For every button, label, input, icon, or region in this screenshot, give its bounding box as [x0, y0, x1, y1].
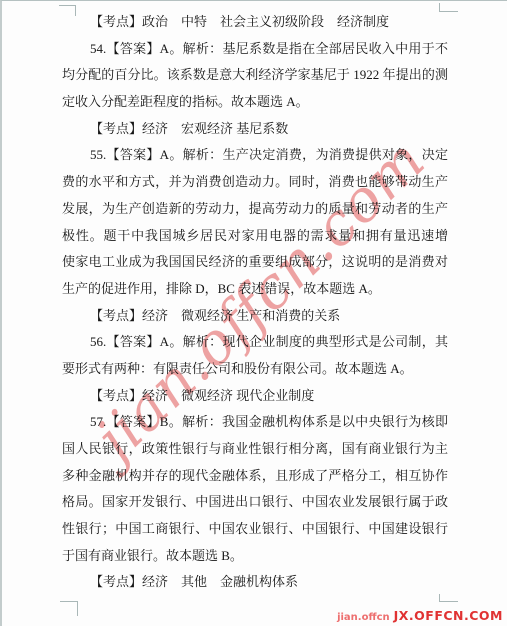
- doc-line: 【考点】政治 中特 社会主义初级阶段 经济制度: [62, 9, 448, 36]
- footer-watermark-small: jian.offcn: [337, 612, 390, 623]
- doc-line: 57.【答案】B。解析：我国金融机构体系是以中央银行为核即中: [62, 409, 448, 436]
- doc-line: 发展，为生产创造新的劳动力，提高劳动力的质量和劳动者的生产积: [62, 196, 448, 223]
- doc-line: 多种金融机构并存的现代金融体系，且形成了严格分工，相互协作的: [62, 463, 448, 490]
- doc-line: 定收入分配差距程度的指标。故本题选 A。: [62, 89, 448, 116]
- doc-line: 极性。题干中我国城乡居民对家用电器的需求量和拥有量迅速增长，: [62, 223, 448, 250]
- document-body: 【考点】政治 中特 社会主义初级阶段 经济制度 54.【答案】A。解析：基尼系数…: [62, 9, 448, 596]
- doc-line: 格局。国家开发银行、中国进出口银行、中国农业发展银行属于政策: [62, 489, 448, 516]
- doc-line: 生产的促进作用，排除 D，BC 表述错误，故本题选 A。: [62, 276, 448, 303]
- doc-line: 【考点】经济 宏观经济 基尼系数: [62, 116, 448, 143]
- doc-line: 【考点】经济 微观经济 生产和消费的关系: [62, 303, 448, 330]
- footer-watermark: jian.offcn JX.OFFCN.COM: [337, 608, 503, 623]
- doc-line: 均分配的百分比。该系数是意大利经济学家基尼于 1922 年提出的测: [62, 62, 448, 89]
- doc-line: 费的水平和方式，并为消费创造动力。同时，消费也能够带动生产的: [62, 169, 448, 196]
- doc-line: 于国有商业银行。故本题选 B。: [62, 543, 448, 570]
- doc-line: 使家电工业成为我国国民经济的重要组成部分，这说明的是消费对于: [62, 249, 448, 276]
- doc-line: 55.【答案】A。解析：生产决定消费，为消费提供对象，决定消: [62, 142, 448, 169]
- text-boundary-mark-bottom-left: [60, 601, 78, 616]
- doc-line: 要形式有两种：有限责任公司和股份有限公司。故本题选 A。: [62, 356, 448, 383]
- doc-line: 性银行；中国工商银行、中国农业银行、中国银行、中国建设银行属: [62, 516, 448, 543]
- footer-watermark-brand: JX.OFFCN.COM: [394, 608, 503, 623]
- doc-line: 【考点】经济 微观经济 现代企业制度: [62, 383, 448, 410]
- doc-line: 【考点】经济 其他 金融机构体系: [62, 569, 448, 596]
- document-page: jian.offcn.com 【考点】政治 中特 社会主义初级阶段 经济制度 5…: [0, 0, 507, 626]
- doc-line: 54.【答案】A。解析：基尼系数是指在全部居民收入中用于不平: [62, 36, 448, 63]
- doc-line: 国人民银行，政策性银行与商业性银行相分离，国有商业银行为主体，: [62, 436, 448, 463]
- doc-line: 56.【答案】A。解析：现代企业制度的典型形式是公司制，其主: [62, 329, 448, 356]
